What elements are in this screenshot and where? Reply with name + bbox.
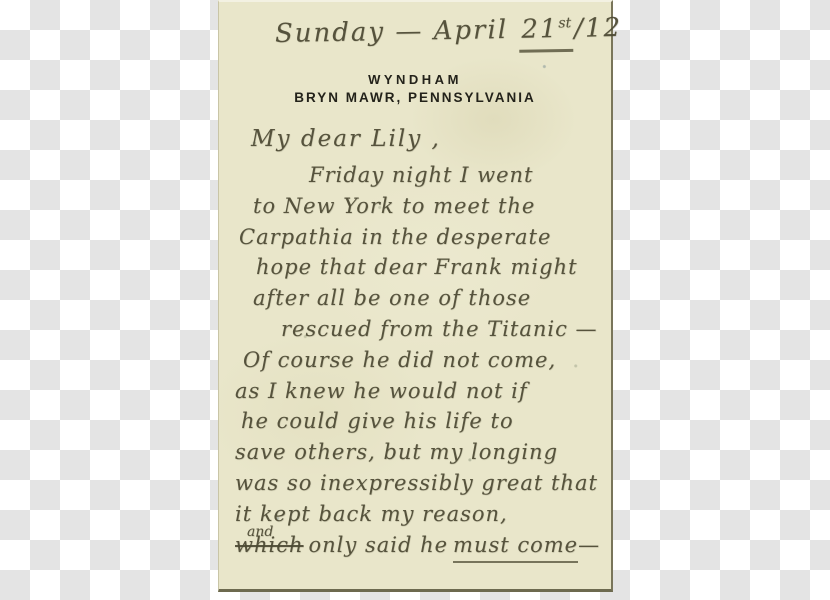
date-prefix: Sunday — April xyxy=(275,15,509,49)
letterhead-name: WYNDHAM xyxy=(219,72,611,87)
struck-word-wrap: andwhich xyxy=(235,530,304,561)
body-line-7: Of course he did not come, xyxy=(235,345,607,376)
body-line-8: as I knew he would not if xyxy=(235,376,607,407)
body-line-2: to New York to meet the xyxy=(235,191,607,222)
underlined-phrase: must come xyxy=(453,530,578,564)
edit-line-middle: only said he xyxy=(309,533,449,557)
body-line-10: save others, but my longing xyxy=(235,437,607,468)
letter-paper: Sunday — April 21st/12 WYNDHAM BRYN MAWR… xyxy=(218,0,613,592)
end-dash: — xyxy=(578,533,600,557)
date-line: Sunday — April 21st/12 xyxy=(275,13,623,57)
body-line-5: after all be one of those xyxy=(235,283,607,314)
inserted-word: and xyxy=(247,517,273,548)
letterhead: WYNDHAM BRYN MAWR, PENNSYLVANIA xyxy=(219,72,611,105)
body-line-9: he could give his life to xyxy=(235,406,607,437)
date-ordinal: st xyxy=(558,15,571,31)
letterhead-address: BRYN MAWR, PENNSYLVANIA xyxy=(219,90,611,105)
date-day: 21 xyxy=(521,14,559,45)
date-year: /12 xyxy=(574,13,622,44)
body-line-12: it kept back my reason, xyxy=(235,499,607,530)
body-line-11: was so inexpressibly great that xyxy=(235,468,607,499)
body-line-4: hope that dear Frank might xyxy=(235,252,607,283)
transparency-canvas: Sunday — April 21st/12 WYNDHAM BRYN MAWR… xyxy=(0,0,830,600)
body-line-3: Carpathia in the desperate xyxy=(235,222,607,253)
body-line-13-edited: andwhichonly said hemust come— xyxy=(235,530,607,561)
letter-body: Friday night I went to New York to meet … xyxy=(235,160,607,560)
date-day-underlined: 21st xyxy=(519,14,574,53)
salutation: My dear Lily , xyxy=(251,126,441,152)
body-line-1: Friday night I went xyxy=(235,160,607,191)
body-line-6: rescued from the Titanic — xyxy=(235,314,607,345)
